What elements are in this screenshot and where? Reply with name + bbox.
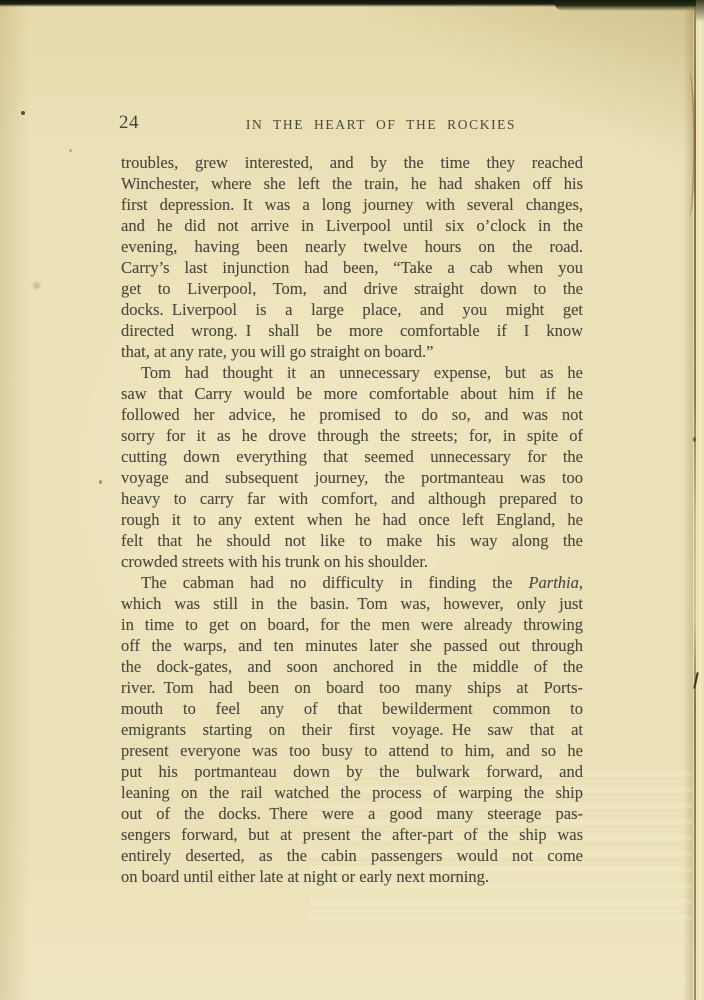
text-line: crowded streets with his trunk on his sh…: [121, 551, 583, 572]
text-block: troubles, grew interested, and by the ti…: [121, 152, 583, 887]
text-line: on board until either late at night or e…: [121, 866, 583, 887]
text-line: get to Liverpool, Tom, and drive straigh…: [121, 278, 583, 299]
text-line: present everyone was too busy to attend …: [121, 740, 583, 761]
text-line: Carry’s last injunction had been, “Take …: [121, 257, 583, 278]
text-line: in time to get on board, for the men wer…: [121, 614, 583, 635]
paper-speck: [99, 480, 102, 484]
text-line: first depression. It was a long journey …: [121, 194, 583, 215]
text-line: which was still in the basin. Tom was, h…: [121, 593, 583, 614]
text-line: the dock-gates, and soon anchored in the…: [121, 656, 583, 677]
text-line: Winchester, where she left the train, he…: [121, 173, 583, 194]
text-line: followed her advice, he promised to do s…: [121, 404, 583, 425]
ink-mark: [693, 437, 696, 442]
paper-speck: [33, 282, 40, 289]
text-line: emigrants starting on their first voyage…: [121, 719, 583, 740]
paper-speck: [69, 149, 72, 152]
text-line: The cabman had no difficulty in finding …: [121, 572, 583, 593]
text-line: troubles, grew interested, and by the ti…: [121, 152, 583, 173]
text-line: mouth to feel any of that bewilderment c…: [121, 698, 583, 719]
text-line: Tom had thought it an unnecessary expens…: [121, 362, 583, 383]
text-line: out of the docks. There were a good many…: [121, 803, 583, 824]
paper-speck: [21, 111, 25, 115]
text-line: sengers forward, but at present the afte…: [121, 824, 583, 845]
text-line: docks. Liverpool is a large place, and y…: [121, 299, 583, 320]
text-line: evening, having been nearly twelve hours…: [121, 236, 583, 257]
text-line: and he did not arrive in Liverpool until…: [121, 215, 583, 236]
book-top-edge-corner: [554, 0, 704, 11]
page-edge-highlight: [700, 20, 701, 1000]
text-line: cutting down everything that seemed unne…: [121, 446, 583, 467]
book-page-scan: 24 IN THE HEART OF THE ROCKIES troubles,…: [0, 0, 704, 1000]
text-line: felt that he should not like to make his…: [121, 530, 583, 551]
paragraph: troubles, grew interested, and by the ti…: [121, 152, 583, 362]
text-line: that, at any rate, you will go straight …: [121, 341, 583, 362]
page-corner-shading: [368, 0, 698, 170]
text-line: river. Tom had been on board too many sh…: [121, 677, 583, 698]
paragraph: The cabman had no difficulty in finding …: [121, 572, 583, 887]
page-number: 24: [119, 112, 139, 134]
text-line: voyage and subsequent journey, the portm…: [121, 467, 583, 488]
text-line: rough it to any extent when he had once …: [121, 509, 583, 530]
text-line: saw that Carry would be more comfortable…: [121, 383, 583, 404]
running-title: IN THE HEART OF THE ROCKIES: [246, 117, 516, 133]
text-line: directed wrong. I shall be more comforta…: [121, 320, 583, 341]
text-line: put his portmanteau down by the bulwark …: [121, 761, 583, 782]
text-line: heavy to carry far with comfort, and alt…: [121, 488, 583, 509]
text-line: off the warps, and ten minutes later she…: [121, 635, 583, 656]
text-line: leaning on the rail watched the process …: [121, 782, 583, 803]
text-line: sorry for it as he drove through the str…: [121, 425, 583, 446]
paragraph: Tom had thought it an unnecessary expens…: [121, 362, 583, 572]
text-line: entirely deserted, as the cabin passenge…: [121, 845, 583, 866]
